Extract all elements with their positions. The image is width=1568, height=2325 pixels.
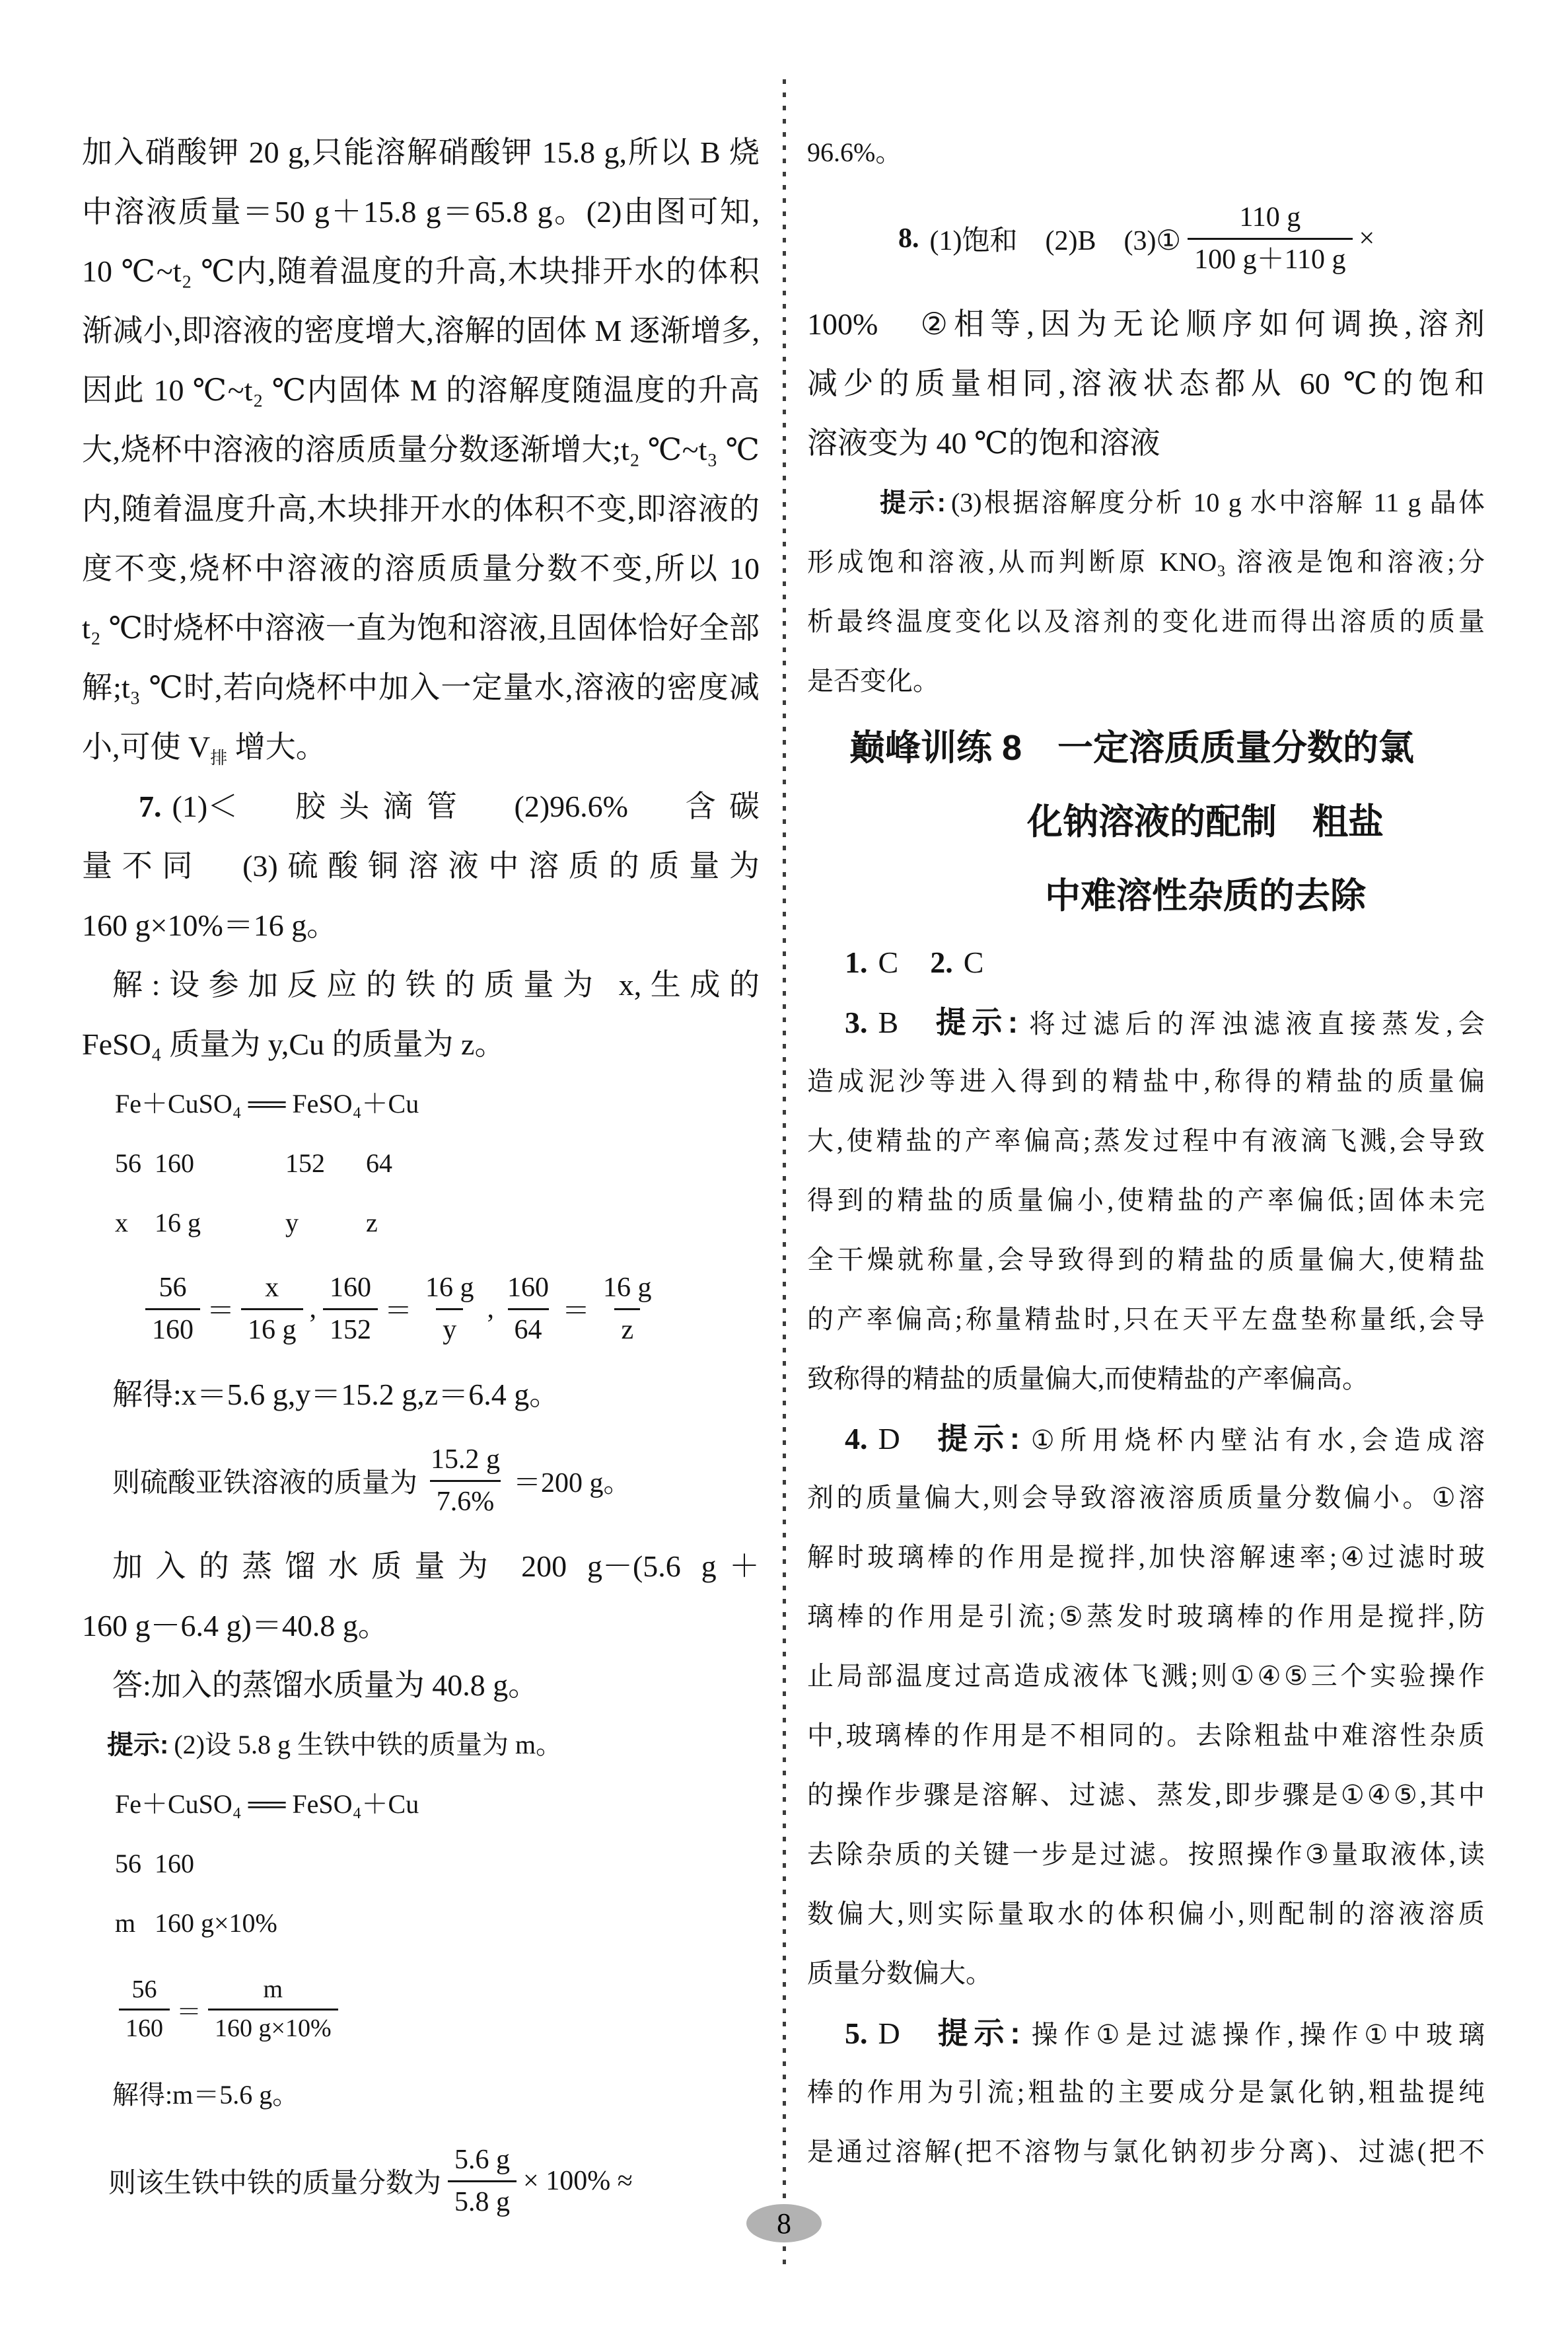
- subscript: 排: [210, 749, 227, 768]
- hint-line: 的产率偏高;称量精盐时,只在天平左盘垫称量纸,会导: [807, 1290, 1485, 1349]
- fraction: 56160: [119, 1974, 170, 2044]
- answer-line-q3: 3.B提示:将过滤后的浑浊滤液直接蒸发,会: [807, 992, 1485, 1052]
- answer-text: (1)饱和 (2)B (3)①: [930, 219, 1182, 258]
- unknown-value: m: [115, 1894, 135, 1953]
- column-divider: [783, 79, 786, 2266]
- unknown-value: x: [115, 1193, 128, 1253]
- fraction: 16 gz: [596, 1271, 659, 1347]
- text-line: 小,可使 V排 增大。: [82, 718, 760, 777]
- text-line: 答:加入的蒸馏水质量为 40.8 g。: [82, 1656, 760, 1715]
- fraction: 15.2 g7.6%: [424, 1442, 507, 1519]
- text-segment: 小,可使 V: [82, 730, 210, 764]
- molar-value: 160: [155, 1834, 194, 1894]
- proportion-line: 56160 ＝ x16 g , 160152 ＝ 16 gy , 16064 ＝…: [82, 1253, 760, 1365]
- text-line: 加入硝酸钾 20 g,只能溶解硝酸钾 15.8 g,所以 B 烧杯: [82, 123, 760, 182]
- hint-line: 致称得的精盐的质量偏大,而使精盐的产率偏高。: [807, 1349, 1485, 1409]
- fraction-denominator: 5.8 g: [448, 2180, 517, 2220]
- question-number: 7.: [139, 790, 162, 823]
- text-segment: ＝200 g。: [513, 1461, 631, 1500]
- text-line: 加入的蒸馏水质量为 200 g－(5.6 g＋: [82, 1537, 760, 1596]
- text-line: 10 ℃~t₂ ℃内,随着温度的升高,木块排开水的体积逐: [82, 242, 760, 301]
- hint-text: 将过滤后的浑浊滤液直接蒸发,会: [1023, 1009, 1485, 1039]
- hint-label: 提示:: [932, 1421, 1020, 1456]
- hint-line: 提示:(3)根据溶解度分析 10 g 水中溶解 11 g 晶体: [807, 473, 1485, 533]
- unknown-value: y: [285, 1193, 299, 1253]
- text-line: 量不同 (3)硫酸铜溶液中溶质的质量为: [82, 836, 760, 896]
- hint-text: (2)设 5.8 g 生铁中铁的质量为 m。: [174, 1730, 562, 1759]
- text-line: 渐减小,即溶液的密度增大,溶解的固体 M 逐渐增多,: [82, 301, 760, 361]
- fraction-denominator: 160 g×10%: [208, 2009, 338, 2045]
- text-segment: 增大。: [227, 730, 326, 764]
- question-number: 4.: [845, 1422, 868, 1456]
- molar-value: 64: [366, 1134, 392, 1193]
- hint-label: 提示:: [107, 1730, 168, 1759]
- text-line: 解;t₃ ℃时,若向烧杯中加入一定量水,溶液的密度减: [82, 658, 760, 718]
- fraction-numerator: 16 g: [419, 1271, 481, 1308]
- question-number: 8.: [898, 223, 919, 254]
- answer-choice: D: [878, 2016, 900, 2050]
- hint-line: 璃棒的作用是引流;⑤蒸发时玻璃棒的作用是搅拌,防: [807, 1587, 1485, 1646]
- hint-line: 剂的质量偏大,则会导致溶液溶质质量分数偏小。①溶: [807, 1468, 1485, 1528]
- hint-label: 提示:: [932, 2016, 1020, 2050]
- hint-line: 得到的精盐的质量偏小,使精盐的产率偏低;固体未完: [807, 1171, 1485, 1230]
- fraction-denominator: y: [436, 1308, 463, 1348]
- text-segment: 则硫酸亚铁溶液的质量为: [112, 1461, 417, 1500]
- answer-line-q5: 5.D提示:操作①是过滤操作,操作①中玻璃: [807, 2003, 1485, 2063]
- equals-sign: ＝: [562, 1289, 590, 1329]
- fraction: 160152: [323, 1271, 378, 1347]
- fraction-numerator: m: [257, 1974, 290, 2009]
- equation-molar-row: 56 160: [82, 1834, 760, 1894]
- chemical-equation: Fe＋CuSO₄ ══ FeSO₄＋Cu: [82, 1775, 760, 1834]
- answer-choice: C: [878, 945, 899, 979]
- hint-line: 中,玻璃棒的作用是不相同的。去除粗盐中难溶性杂质: [807, 1706, 1485, 1765]
- hint-line: 是否变化。: [807, 651, 1485, 711]
- hint-line: 析最终温度变化以及溶剂的变化进而得出溶质的质量: [807, 592, 1485, 651]
- right-column: 96.6%。 8. (1)饱和 (2)B (3)① 110 g100 g＋110…: [807, 123, 1485, 2182]
- page-number: 8: [777, 2207, 791, 2240]
- mass-result-line: 则硫酸亚铁溶液的质量为 15.2 g7.6% ＝200 g。: [82, 1424, 760, 1537]
- hint-line: 棒的作用为引流;粗盐的主要成分是氯化钠,粗盐提纯: [807, 2063, 1485, 2122]
- text-line: 因此 10 ℃~t₂ ℃内固体 M 的溶解度随温度的升高而增: [82, 361, 760, 420]
- hint-text: (3)根据溶解度分析 10 g 水中溶解 11 g 晶体: [951, 488, 1485, 517]
- carryover-line: 96.6%。: [807, 123, 1485, 182]
- question-number: 3.: [845, 1006, 868, 1039]
- question-number: 5.: [845, 2016, 868, 2050]
- answer-text: (1)＜ 胶头滴管 (2)96.6% 含碳: [172, 790, 760, 823]
- hint-line: 解时玻璃棒的作用是搅拌,加快溶解速率;④过滤时玻: [807, 1528, 1485, 1587]
- chemical-equation: Fe＋CuSO₄ ══ FeSO₄＋Cu: [82, 1074, 760, 1134]
- fraction-denominator: 160: [145, 1308, 200, 1348]
- answer-line-q8: 8. (1)饱和 (2)B (3)① 110 g100 g＋110 g ×: [807, 182, 1485, 295]
- question-number: 1.: [845, 945, 868, 979]
- answer-choice: B: [878, 1006, 899, 1039]
- text-line: 溶液变为 40 ℃的饱和溶液: [807, 414, 1485, 473]
- fraction: 16064: [501, 1271, 555, 1347]
- hint-line: 质量分数偏大。: [807, 1944, 1485, 2003]
- molar-value: 160: [155, 1134, 194, 1193]
- fraction-denominator: z: [614, 1308, 640, 1348]
- fraction-numerator: 160: [323, 1271, 378, 1308]
- text-line: 内,随着温度升高,木块排开水的体积不变,即溶液的密: [82, 480, 760, 539]
- hint-text: 操作①是过滤操作,操作①中玻璃: [1026, 2020, 1485, 2049]
- text-line: 100% ②相等,因为无论顺序如何调换,溶剂: [807, 295, 1485, 354]
- fraction-denominator: 7.6%: [430, 1480, 501, 1520]
- fraction: x16 g: [241, 1271, 303, 1347]
- fraction-numerator: 110 g: [1232, 200, 1307, 238]
- page-number-badge: 8: [746, 2204, 822, 2242]
- left-column: 加入硝酸钾 20 g,只能溶解硝酸钾 15.8 g,所以 B 烧杯 中溶液质量＝…: [82, 123, 760, 2237]
- equals-sign: ＝: [207, 1289, 234, 1329]
- comma: ,: [310, 1293, 317, 1325]
- answer-line-q7: 7.(1)＜ 胶头滴管 (2)96.6% 含碳: [82, 777, 760, 836]
- fraction: 16 gy: [419, 1271, 481, 1347]
- proportion-line: 56160 ＝ m160 g×10%: [82, 1953, 760, 2065]
- hint-line: 的操作步骤是溶解、过滤、蒸发,即步骤是①④⑤,其中: [807, 1765, 1485, 1825]
- answer-line-q4: 4.D提示:①所用烧杯内壁沾有水,会造成溶: [807, 1409, 1485, 1468]
- hint-line: 数偏大,则实际量取水的体积偏小,则配制的溶液溶质: [807, 1884, 1485, 1944]
- section-heading: 巅峰训练 8 一定溶质质量分数的氯: [807, 711, 1485, 785]
- text-line: 大,烧杯中溶液的溶质质量分数逐渐增大;t₂ ℃~t₃ ℃: [82, 420, 760, 480]
- fraction-denominator: 160: [119, 2009, 170, 2045]
- text-line: 160 g×10%＝16 g。: [82, 896, 760, 955]
- molar-value: 56: [115, 1834, 141, 1894]
- hint-line: 造成泥沙等进入得到的精盐中,称得的精盐的质量偏: [807, 1052, 1485, 1111]
- fraction-numerator: 16 g: [596, 1271, 659, 1308]
- unknown-value: 160 g×10%: [155, 1894, 277, 1953]
- fraction-denominator: 64: [508, 1308, 549, 1348]
- text-line: 解:设参加反应的铁的质量为 x,生成的: [82, 955, 760, 1015]
- fraction-denominator: 16 g: [241, 1308, 303, 1348]
- text-line: 减少的质量相同,溶液状态都从 60 ℃的饱和: [807, 354, 1485, 414]
- fraction-denominator: 100 g＋110 g: [1188, 238, 1352, 277]
- fraction-denominator: 152: [323, 1308, 378, 1348]
- text-line: 中溶液质量＝50 g＋15.8 g＝65.8 g。(2)由图可知,: [82, 182, 760, 242]
- text-line: 160 g－6.4 g)＝40.8 g。: [82, 1596, 760, 1656]
- fraction: 56160: [145, 1271, 200, 1347]
- comma: ,: [487, 1293, 495, 1325]
- fraction: 110 g100 g＋110 g: [1188, 200, 1352, 277]
- hint-line: 形成饱和溶液,从而判断原 KNO₃ 溶液是饱和溶液;分: [807, 533, 1485, 592]
- hint-line: 提示:(2)设 5.8 g 生铁中铁的质量为 m。: [82, 1715, 760, 1775]
- question-number: 2.: [930, 945, 953, 979]
- fraction: 5.6 g5.8 g: [448, 2143, 517, 2219]
- hint-line: 是通过溶解(把不溶物与氯化钠初步分离)、过滤(把不: [807, 2122, 1485, 2182]
- text-segment: × 100% ≈: [523, 2165, 633, 2197]
- hint-line: 止局部温度过高造成液体飞溅;则①④⑤三个实验操作: [807, 1646, 1485, 1706]
- fraction-numerator: 56: [125, 1974, 164, 2009]
- equation-molar-row: 56 160 152 64: [82, 1134, 760, 1193]
- text-line: t₂ ℃时烧杯中溶液一直为饱和溶液,且固体恰好全部溶: [82, 599, 760, 658]
- fraction-numerator: x: [258, 1271, 285, 1308]
- molar-value: 152: [285, 1134, 325, 1193]
- section-heading: 中难溶性杂质的去除: [807, 859, 1485, 933]
- answer-choice: C: [964, 945, 984, 979]
- answer-line-q1-q2: 1.C2.C: [807, 933, 1485, 992]
- fraction: m160 g×10%: [208, 1974, 338, 2044]
- equals-sign: ＝: [176, 1991, 201, 2028]
- mass-fraction-line: 则该生铁中铁的质量分数为 5.6 g5.8 g × 100% ≈: [82, 2125, 760, 2237]
- fraction-numerator: 5.6 g: [448, 2143, 517, 2180]
- hint-line: 大,使精盐的产率偏高;蒸发过程中有液滴飞溅,会导致: [807, 1111, 1485, 1171]
- equals-sign: ＝: [384, 1289, 412, 1329]
- text-line: FeSO₄ 质量为 y,Cu 的质量为 z。: [82, 1015, 760, 1074]
- hint-label: 提示:: [930, 1005, 1018, 1039]
- equation-unknown-row: x 16 g y z: [82, 1193, 760, 1253]
- hint-line: 全干燥就称量,会导致得到的精盐的质量偏大,使精盐: [807, 1230, 1485, 1290]
- text-line: 度不变,烧杯中溶液的溶质质量分数不变,所以 10 ℃~: [82, 539, 760, 599]
- answer-choice: D: [878, 1422, 900, 1456]
- text-line: 解得:x＝5.6 g,y＝15.2 g,z＝6.4 g。: [82, 1365, 760, 1424]
- molar-value: 56: [115, 1134, 141, 1193]
- unknown-value: 16 g: [155, 1193, 201, 1253]
- section-heading: 化钠溶液的配制 粗盐: [807, 785, 1485, 859]
- fraction-numerator: 56: [153, 1271, 194, 1308]
- hint-label: 提示:: [880, 488, 946, 517]
- hint-line: 去除杂质的关键一步是过滤。按照操作③量取液体,读: [807, 1825, 1485, 1884]
- fraction-numerator: 15.2 g: [424, 1442, 507, 1480]
- multiply-sign: ×: [1359, 223, 1375, 254]
- hint-line: 解得:m＝5.6 g。: [82, 2065, 760, 2125]
- fraction-numerator: 160: [501, 1271, 555, 1308]
- text-segment: 则该生铁中铁的质量分数为: [108, 2161, 441, 2201]
- unknown-value: z: [366, 1193, 378, 1253]
- equation-unknown-row: m 160 g×10%: [82, 1894, 760, 1953]
- hint-text: ①所用烧杯内壁沾有水,会造成溶: [1025, 1425, 1485, 1455]
